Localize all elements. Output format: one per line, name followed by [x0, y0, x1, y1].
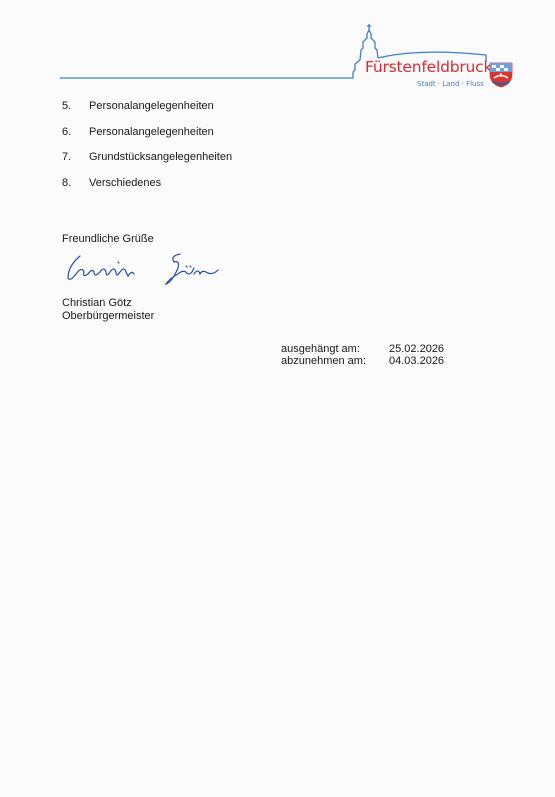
agenda-number: 7.: [62, 151, 89, 163]
signer-name: Christian Götz: [62, 297, 132, 309]
agenda-number: 5.: [62, 100, 89, 112]
signature-icon: [62, 248, 232, 288]
remove-label: abzunehmen am:: [281, 355, 366, 367]
city-name: Fürstenfeldbruck: [365, 58, 492, 76]
coat-of-arms-icon: [489, 62, 513, 88]
agenda-item: 5.Personalangelegenheiten: [62, 100, 214, 112]
posted-label: ausgehängt am:: [281, 343, 360, 355]
remove-date: 04.03.2026: [389, 355, 444, 367]
agenda-item: 7.Grundstücksangelegenheiten: [62, 151, 232, 163]
agenda-item: 6.Personalangelegenheiten: [62, 126, 214, 138]
agenda-label: Verschiedenes: [89, 177, 161, 189]
agenda-label: Personalangelegenheiten: [89, 100, 214, 112]
agenda-number: 8.: [62, 177, 89, 189]
posted-date: 25.02.2026: [389, 343, 444, 355]
tagline: Stadt · Land · Fluss: [417, 80, 484, 88]
greeting: Freundliche Grüße: [62, 233, 154, 245]
agenda-item: 8.Verschiedenes: [62, 177, 161, 189]
agenda-label: Personalangelegenheiten: [89, 126, 214, 138]
agenda-label: Grundstücksangelegenheiten: [89, 151, 232, 163]
agenda-number: 6.: [62, 126, 89, 138]
signer-title: Oberbürgermeister: [62, 310, 154, 322]
